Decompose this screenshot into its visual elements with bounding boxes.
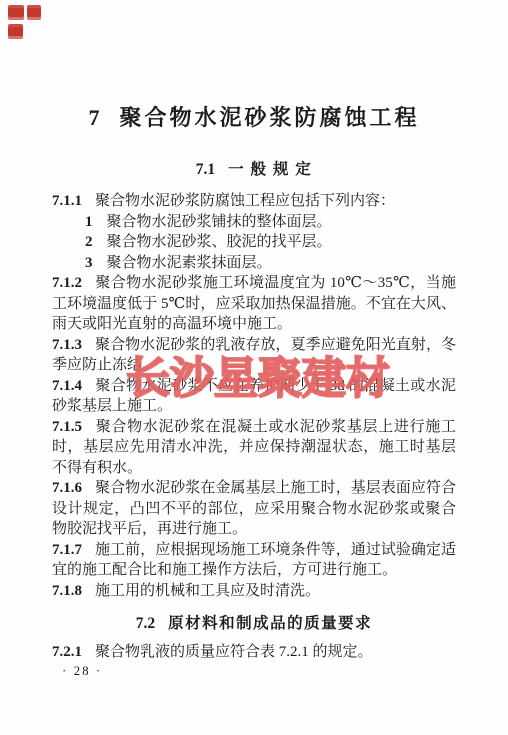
chapter-number: 7	[88, 105, 99, 130]
clause-number: 7.2.1	[52, 644, 82, 660]
item-text: 聚合物水泥砂浆、胶泥的找平层。	[107, 234, 332, 250]
section-7-1-body: 7.1.1聚合物水泥砂浆防腐蚀工程应包括下列内容： 1聚合物水泥砂浆铺抹的整体面…	[52, 191, 456, 601]
list-item: 1聚合物水泥砂浆铺抹的整体面层。	[52, 212, 456, 233]
clause-number: 7.1.7	[52, 542, 82, 558]
clause-7-2-1: 7.2.1聚合物乳液的质量应符合表 7.2.1 的规定。	[52, 642, 456, 663]
section-number: 7.2	[136, 615, 155, 632]
clause-7-1-5: 7.1.5聚合物水泥砂浆在混凝土或水泥砂浆基层上进行施工时，基层应先用清水冲洗，…	[52, 417, 456, 479]
section-heading-7-1: 7.1一 般 规 定	[0, 157, 508, 179]
clause-text: 聚合物水泥砂浆不应在养护期少于 3d 的混凝土或水泥砂浆基层上施工。	[52, 378, 456, 415]
list-item: 3聚合物水泥素浆抹面层。	[52, 253, 456, 274]
section-7-2-body: 7.2.1聚合物乳液的质量应符合表 7.2.1 的规定。	[52, 642, 456, 663]
item-number: 3	[85, 255, 93, 271]
document-page: 7聚合物水泥砂浆防腐蚀工程 7.1一 般 规 定 7.1.1聚合物水泥砂浆防腐蚀…	[0, 0, 508, 735]
clause-number: 7.1.1	[52, 193, 82, 209]
clause-7-1-6: 7.1.6聚合物水泥砂浆在金属基层上施工时，基层表面应符合设计规定，凸凹不平的部…	[52, 478, 456, 540]
clause-text: 施工前，应根据现场施工环境条件等，通过试验确定适宜的施工配合比和施工操作方法后，…	[52, 542, 456, 579]
clause-7-1-8: 7.1.8施工用的机械和工具应及时清洗。	[52, 581, 456, 602]
clause-text: 聚合物乳液的质量应符合表 7.2.1 的规定。	[95, 644, 373, 660]
list-item: 2聚合物水泥砂浆、胶泥的找平层。	[52, 232, 456, 253]
clause-text: 聚合物水泥砂浆施工环境温度宜为 10℃～35℃，当施工环境温度低于 5℃时，应采…	[52, 275, 456, 332]
clause-text: 聚合物水泥砂浆防腐蚀工程应包括下列内容：	[95, 193, 395, 209]
clause-7-1-3: 7.1.3聚合物水泥砂浆的乳液存放，夏季应避免阳光直射，冬季应防止冻结。	[52, 335, 456, 376]
red-stamp-mark	[27, 5, 41, 20]
section-number: 7.1	[196, 161, 215, 178]
section-title-text: 一 般 规 定	[228, 161, 312, 178]
clause-number: 7.1.5	[52, 419, 82, 435]
red-stamp-mark	[8, 5, 24, 20]
clause-text: 聚合物水泥砂浆的乳液存放，夏季应避免阳光直射，冬季应防止冻结。	[52, 337, 456, 374]
clause-7-1-2: 7.1.2聚合物水泥砂浆施工环境温度宜为 10℃～35℃，当施工环境温度低于 5…	[52, 273, 456, 335]
section-title-text: 原材料和制成品的质量要求	[168, 615, 372, 632]
clause-7-1-1: 7.1.1聚合物水泥砂浆防腐蚀工程应包括下列内容：	[52, 191, 456, 212]
item-number: 2	[85, 234, 93, 250]
clause-number: 7.1.8	[52, 583, 82, 599]
clause-text: 施工用的机械和工具应及时清洗。	[95, 583, 320, 599]
clause-number: 7.1.2	[52, 275, 82, 291]
clause-number: 7.1.4	[52, 378, 82, 394]
page-number: · 28 ·	[62, 663, 102, 679]
item-number: 1	[85, 214, 93, 230]
chapter-title: 7聚合物水泥砂浆防腐蚀工程	[0, 101, 508, 132]
red-stamp-mark	[8, 24, 23, 39]
clause-text: 聚合物水泥砂浆在混凝土或水泥砂浆基层上进行施工时，基层应先用清水冲洗，并应保持潮…	[52, 419, 456, 476]
clause-7-1-7: 7.1.7施工前，应根据现场施工环境条件等，通过试验确定适宜的施工配合比和施工操…	[52, 540, 456, 581]
clause-number: 7.1.3	[52, 337, 82, 353]
clause-text: 聚合物水泥砂浆在金属基层上施工时，基层表面应符合设计规定，凸凹不平的部位，应采用…	[52, 480, 456, 537]
clause-number: 7.1.6	[52, 480, 82, 496]
section-heading-7-2: 7.2原材料和制成品的质量要求	[0, 611, 508, 633]
item-text: 聚合物水泥砂浆铺抹的整体面层。	[107, 214, 332, 230]
chapter-title-text: 聚合物水泥砂浆防腐蚀工程	[119, 105, 419, 130]
clause-7-1-4: 7.1.4聚合物水泥砂浆不应在养护期少于 3d 的混凝土或水泥砂浆基层上施工。	[52, 376, 456, 417]
item-text: 聚合物水泥素浆抹面层。	[107, 255, 272, 271]
